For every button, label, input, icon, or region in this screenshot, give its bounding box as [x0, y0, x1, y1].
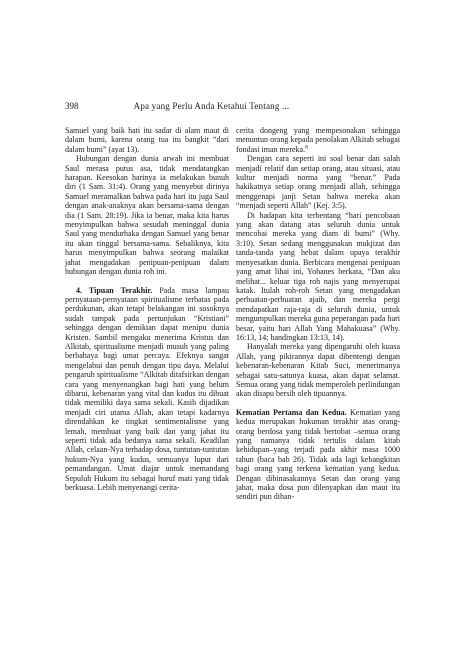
left-column: Samuel yang baik hati itu sadar di alam … — [65, 126, 229, 502]
paragraph: Samuel yang baik hati itu sadar di alam … — [65, 126, 229, 154]
page-number: 398 — [65, 100, 79, 112]
section-paragraph: Kematian Pertama dan Kedua. Kematian yan… — [236, 408, 400, 502]
paragraph: Dengan cara seperti ini soal benar dan s… — [236, 154, 400, 210]
book-page: 398 Apa yang Perlu Anda Ketahui Tentang … — [0, 0, 460, 650]
section-heading: 4. Tipuan Terakhir. — [76, 286, 159, 295]
paragraph: Hubungan dengan dunia arwah ini membuat … — [65, 154, 229, 276]
paragraph: cerita dongeng yang mempesonakan sehingg… — [236, 126, 400, 154]
footnote-marker: 8 — [305, 144, 308, 150]
running-head: Apa yang Perlu Anda Ketahui Tentang ... — [65, 100, 400, 112]
section-paragraph: 4. Tipuan Terakhir. Pada masa lampau per… — [65, 286, 229, 493]
page-header: 398 Apa yang Perlu Anda Ketahui Tentang … — [65, 100, 400, 112]
section-heading: Kematian Pertama dan Kedua. — [236, 408, 350, 417]
paragraph: Hanyalah mereka yang dipengaruhi oleh ku… — [236, 342, 400, 398]
paragraph: Di hadapan kita terbentang “hari pencoba… — [236, 211, 400, 343]
right-column: cerita dongeng yang mempesonakan sehingg… — [236, 126, 400, 502]
text-columns: Samuel yang baik hati itu sadar di alam … — [65, 126, 400, 502]
